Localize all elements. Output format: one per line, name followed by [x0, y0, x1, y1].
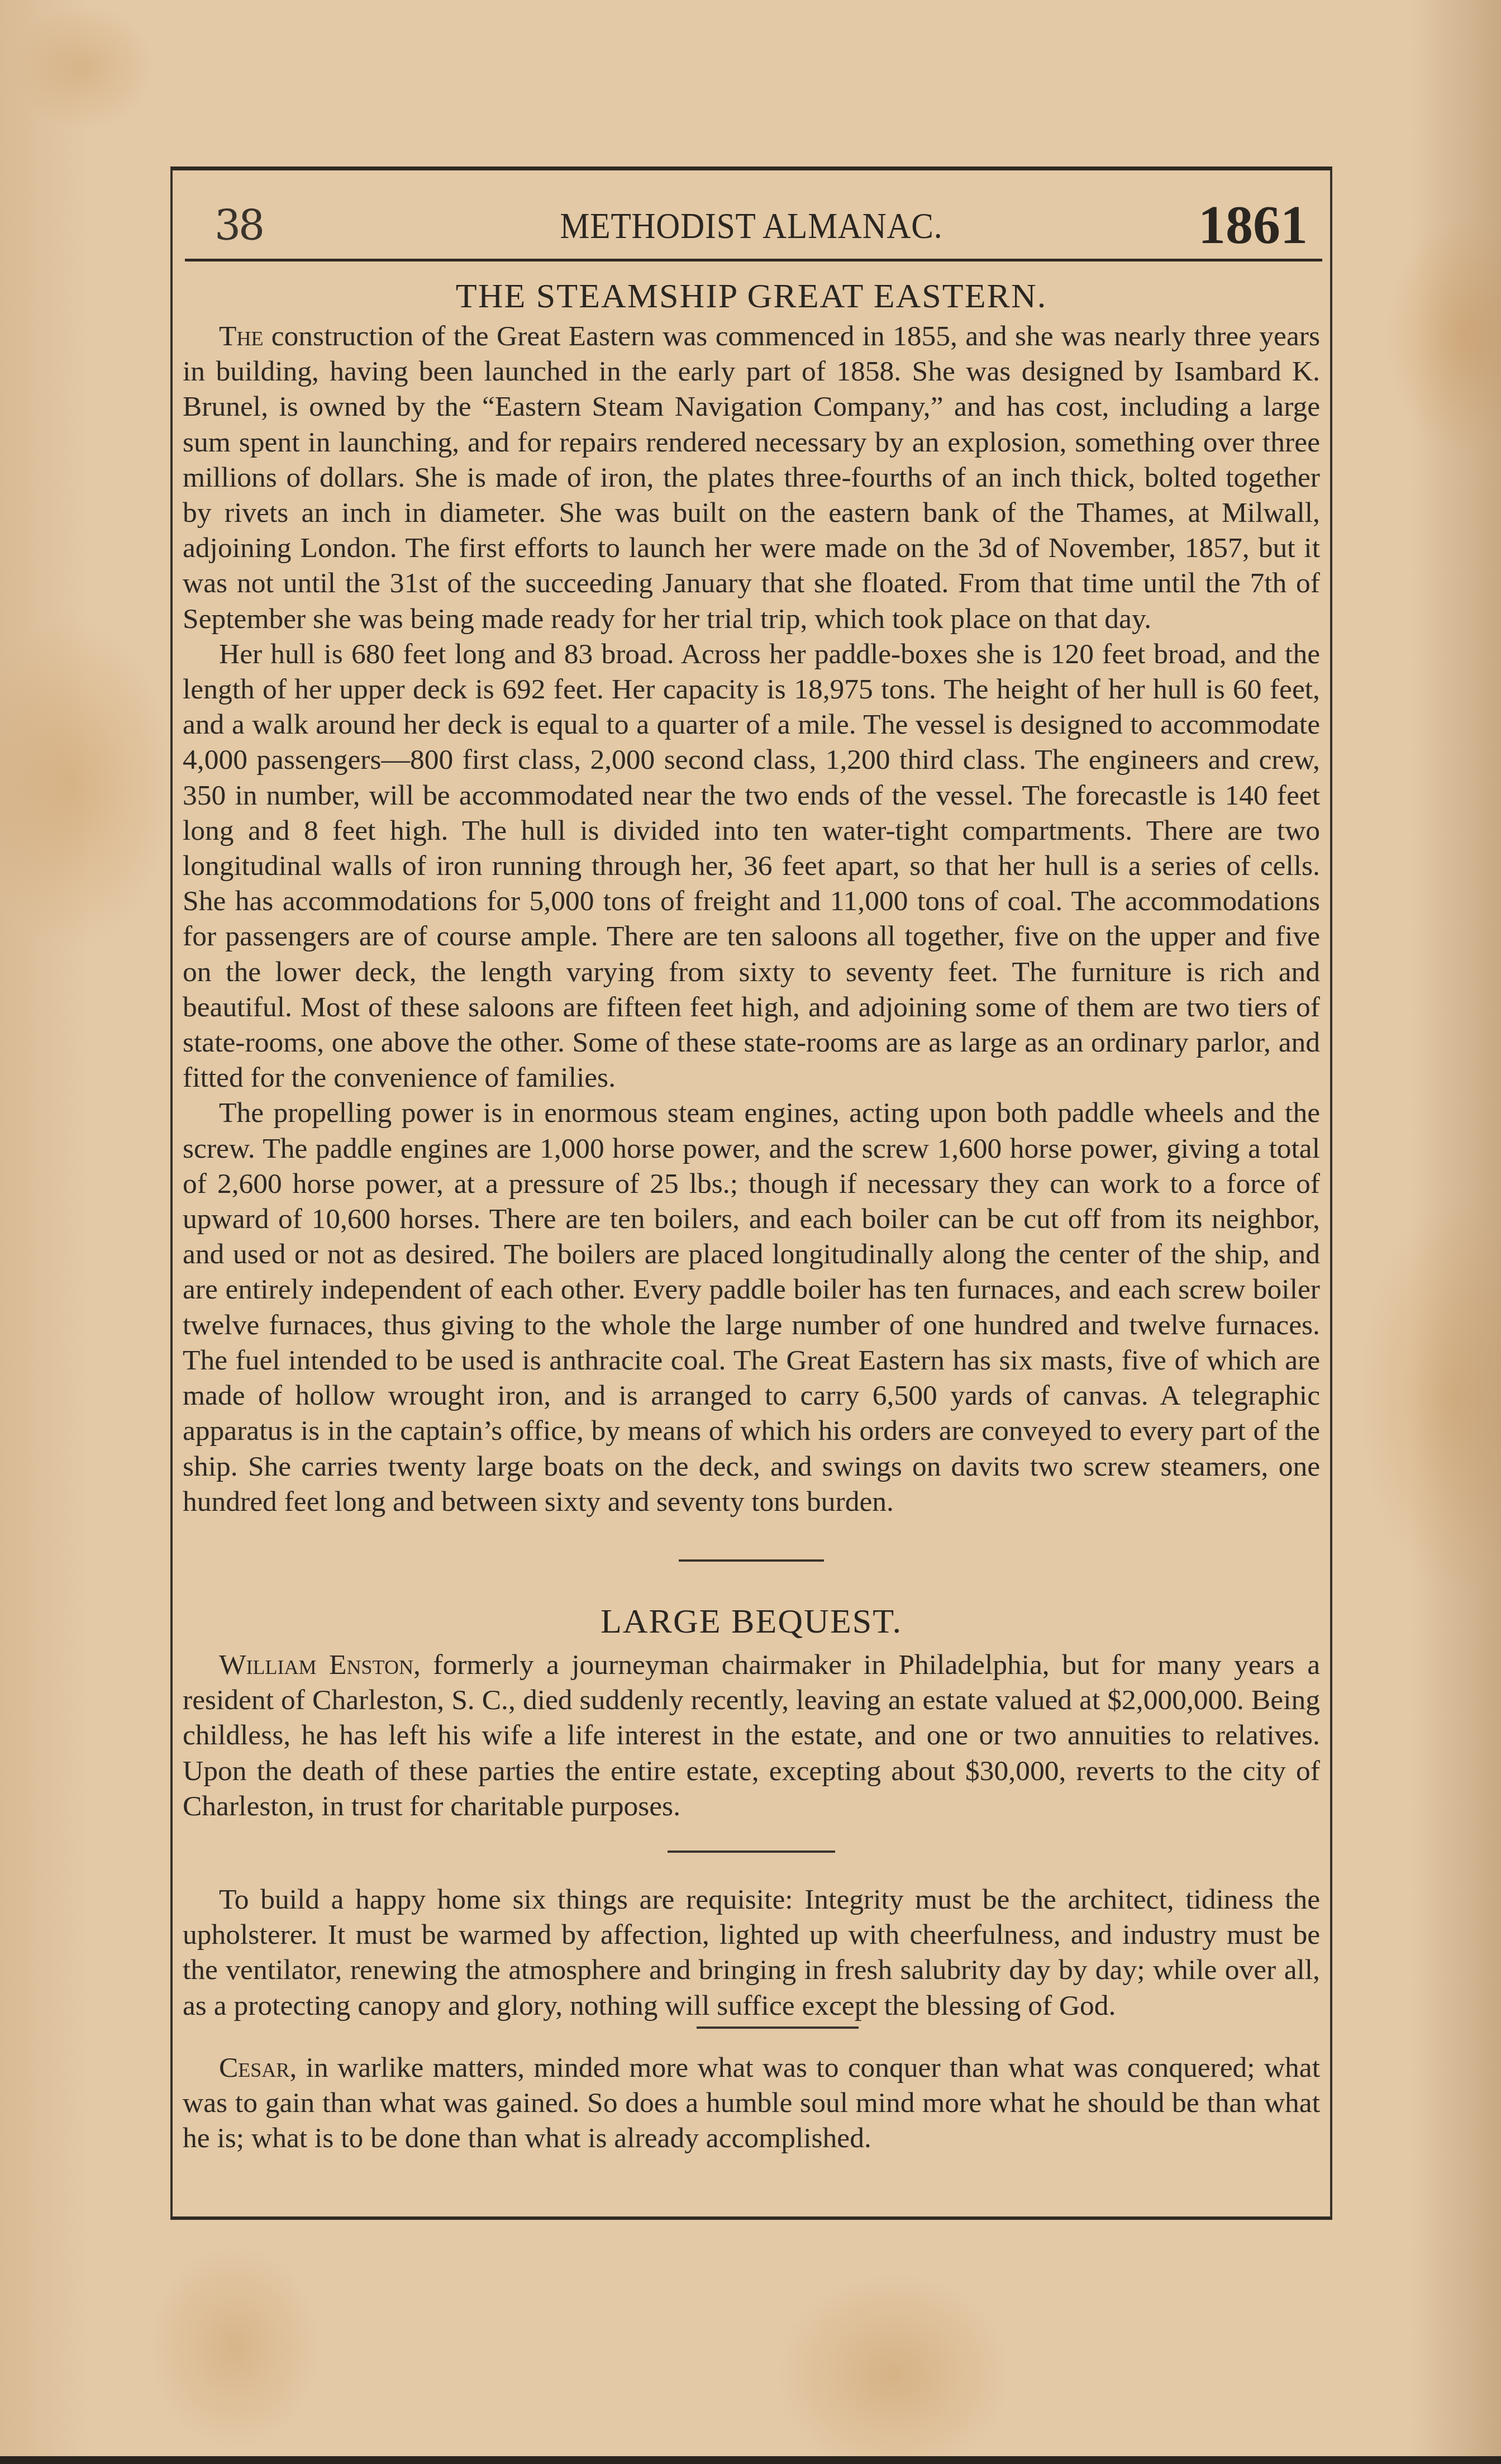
page-content: THE STEAMSHIP GREAT EASTERN. The constru…	[183, 277, 1320, 2156]
section-divider	[697, 2027, 859, 2029]
article-paragraph: To build a happy home six things are req…	[183, 1882, 1320, 2023]
article-paragraph: Her hull is 680 feet long and 83 broad. …	[183, 636, 1320, 1096]
article-happy-home: To build a happy home six things are req…	[183, 1882, 1320, 2023]
page-bottom-edge	[0, 2456, 1501, 2464]
lead-word: William Enston	[219, 1649, 413, 1681]
article-cesar: Cesar, in warlike matters, minded more w…	[183, 2050, 1320, 2156]
paragraph-text: , in warlike matters, minded more what w…	[183, 2052, 1320, 2154]
lead-word: The	[219, 320, 263, 352]
article-paragraph: The propelling power is in enormous stea…	[183, 1095, 1320, 1519]
article-paragraph: William Enston, formerly a journeyman ch…	[183, 1647, 1320, 1824]
page-frame: 38 METHODIST ALMANAC. 1861 THE STEAMSHIP…	[170, 167, 1332, 2220]
paragraph-text: The propelling power is in enormous stea…	[183, 1097, 1320, 1517]
paragraph-text: To build a happy home six things are req…	[183, 1883, 1320, 2021]
paragraph-text: construction of the Great Eastern was co…	[183, 320, 1320, 635]
article-title: THE STEAMSHIP GREAT EASTERN.	[183, 277, 1320, 316]
header-rule	[185, 259, 1322, 261]
section-divider	[668, 1851, 835, 1853]
article-large-bequest: LARGE BEQUEST. William Enston, formerly …	[183, 1602, 1320, 1824]
article-paragraph: Cesar, in warlike matters, minded more w…	[183, 2050, 1320, 2156]
lead-word: Cesar	[219, 2052, 289, 2084]
paragraph-text: Her hull is 680 feet long and 83 broad. …	[183, 638, 1320, 1093]
publication-title: METHODIST ALMANAC.	[241, 205, 1262, 248]
running-head: 38 METHODIST ALMANAC. 1861	[184, 197, 1319, 250]
year-label: 1861	[1198, 194, 1308, 256]
article-paragraph: The construction of the Great Eastern wa…	[183, 318, 1320, 636]
section-divider	[679, 1559, 824, 1562]
article-great-eastern: THE STEAMSHIP GREAT EASTERN. The constru…	[183, 277, 1320, 1519]
article-title: LARGE BEQUEST.	[183, 1602, 1320, 1642]
